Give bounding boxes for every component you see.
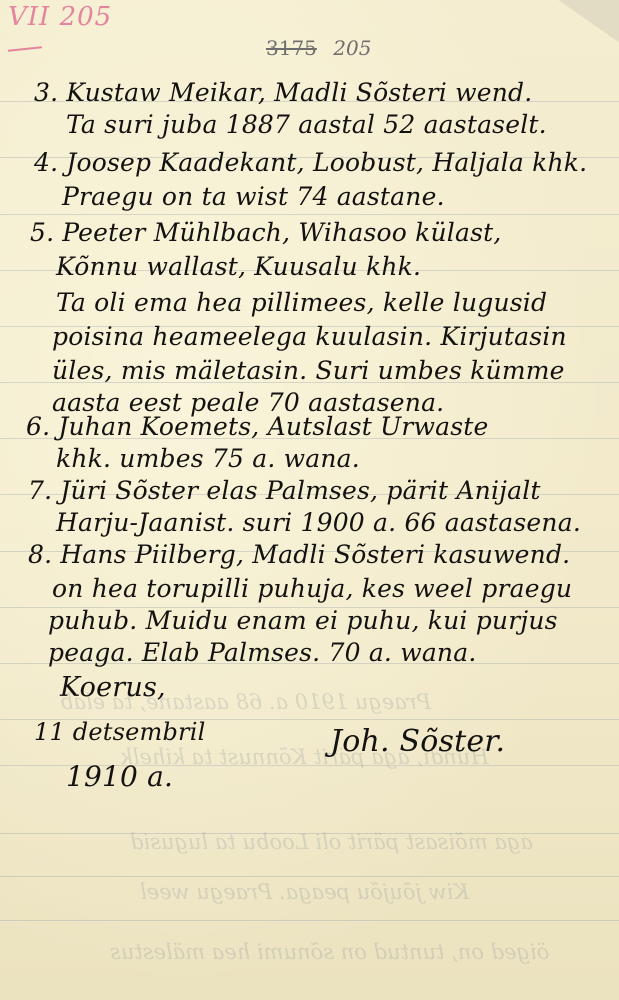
archive-mark-underline xyxy=(8,46,42,52)
entry-text: Juhan Koemets, Autslast Urwaste xyxy=(58,412,488,441)
archive-mark-text: VII 205 xyxy=(8,2,112,32)
entry-5-line-5: üles, mis mäletasin. Suri umbes kümme xyxy=(52,356,565,385)
entry-5-line-4: poisina heameelega kuulasin. Kirjutasin xyxy=(52,322,567,351)
entry-5-line-3: Ta oli ema hea pillimees, kelle lugusid xyxy=(56,288,547,317)
entry-6-line-2: khk. umbes 75 a. wana. xyxy=(56,444,360,473)
folio-struck: 3175 xyxy=(266,36,317,60)
ruled-line xyxy=(0,920,619,921)
closing-place: Koerus, xyxy=(60,672,166,703)
ruled-line xyxy=(0,833,619,834)
closing-date: 11 detsembril xyxy=(34,718,205,746)
entry-text: Kustaw Meikar, Madli Sõsteri wend. xyxy=(66,78,532,107)
entry-7-line-1: 7.Jüri Sõster elas Palmses, pärit Anijal… xyxy=(28,476,541,505)
entry-text: Joosep Kaadekant, Loobust, Haljala khk. xyxy=(66,148,587,177)
bleed-through-text: Kiw jõujõu peaga. Praegu weel xyxy=(140,880,469,904)
entry-5-line-1: 5.Peeter Mühlbach, Wihasoo külast, xyxy=(30,218,502,247)
entry-5-line-2: Kõnnu wallast, Kuusalu khk. xyxy=(56,252,421,281)
signature: Joh. Sõster. xyxy=(330,724,505,759)
entry-number: 4. xyxy=(34,148,58,177)
entry-8-line-3: puhub. Muidu enam ei puhu, kui purjus xyxy=(48,606,558,635)
entry-text: Hans Piilberg, Madli Sõsteri kasuwend. xyxy=(60,540,570,569)
folio-current: 205 xyxy=(333,36,371,60)
folio-number: 3175 205 xyxy=(266,36,371,60)
entry-number: 3. xyxy=(34,78,58,107)
entry-number: 6. xyxy=(26,412,50,441)
archive-mark: VII 205 xyxy=(8,2,112,32)
entry-number: 7. xyxy=(28,476,52,505)
entry-4-line-1: 4.Joosep Kaadekant, Loobust, Haljala khk… xyxy=(34,148,587,177)
entry-8-line-2: on hea torupilli puhuja, kes weel praegu xyxy=(52,574,572,603)
entry-4-line-2: Praegu on ta wist 74 aastane. xyxy=(62,182,445,211)
ruled-line xyxy=(0,876,619,877)
ruled-line xyxy=(0,214,619,215)
entry-number: 5. xyxy=(30,218,54,247)
entry-3-line-1: 3.Kustaw Meikar, Madli Sõsteri wend. xyxy=(34,78,532,107)
letter-page: Praegu 1910 a. 68 aastane, ta elab Hundi… xyxy=(0,0,619,1000)
entry-3-line-2: Ta suri juba 1887 aastal 52 aastaselt. xyxy=(66,110,547,139)
entry-text: Peeter Mühlbach, Wihasoo külast, xyxy=(62,218,501,247)
closing-year: 1910 a. xyxy=(66,760,173,793)
entry-7-line-2: Harju-Jaanist. suri 1900 a. 66 aastasena… xyxy=(56,508,581,537)
folded-corner xyxy=(559,0,619,42)
entry-8-line-4: peaga. Elab Palmses. 70 a. wana. xyxy=(48,638,476,667)
entry-8-line-1: 8.Hans Piilberg, Madli Sõsteri kasuwend. xyxy=(28,540,570,569)
bleed-through-text: öiged on, tuntud on sõnumi hea mälestus xyxy=(110,940,549,964)
entry-text: Jüri Sõster elas Palmses, pärit Anijalt xyxy=(60,476,540,505)
entry-6-line-1: 6.Juhan Koemets, Autslast Urwaste xyxy=(26,412,489,441)
entry-number: 8. xyxy=(28,540,52,569)
